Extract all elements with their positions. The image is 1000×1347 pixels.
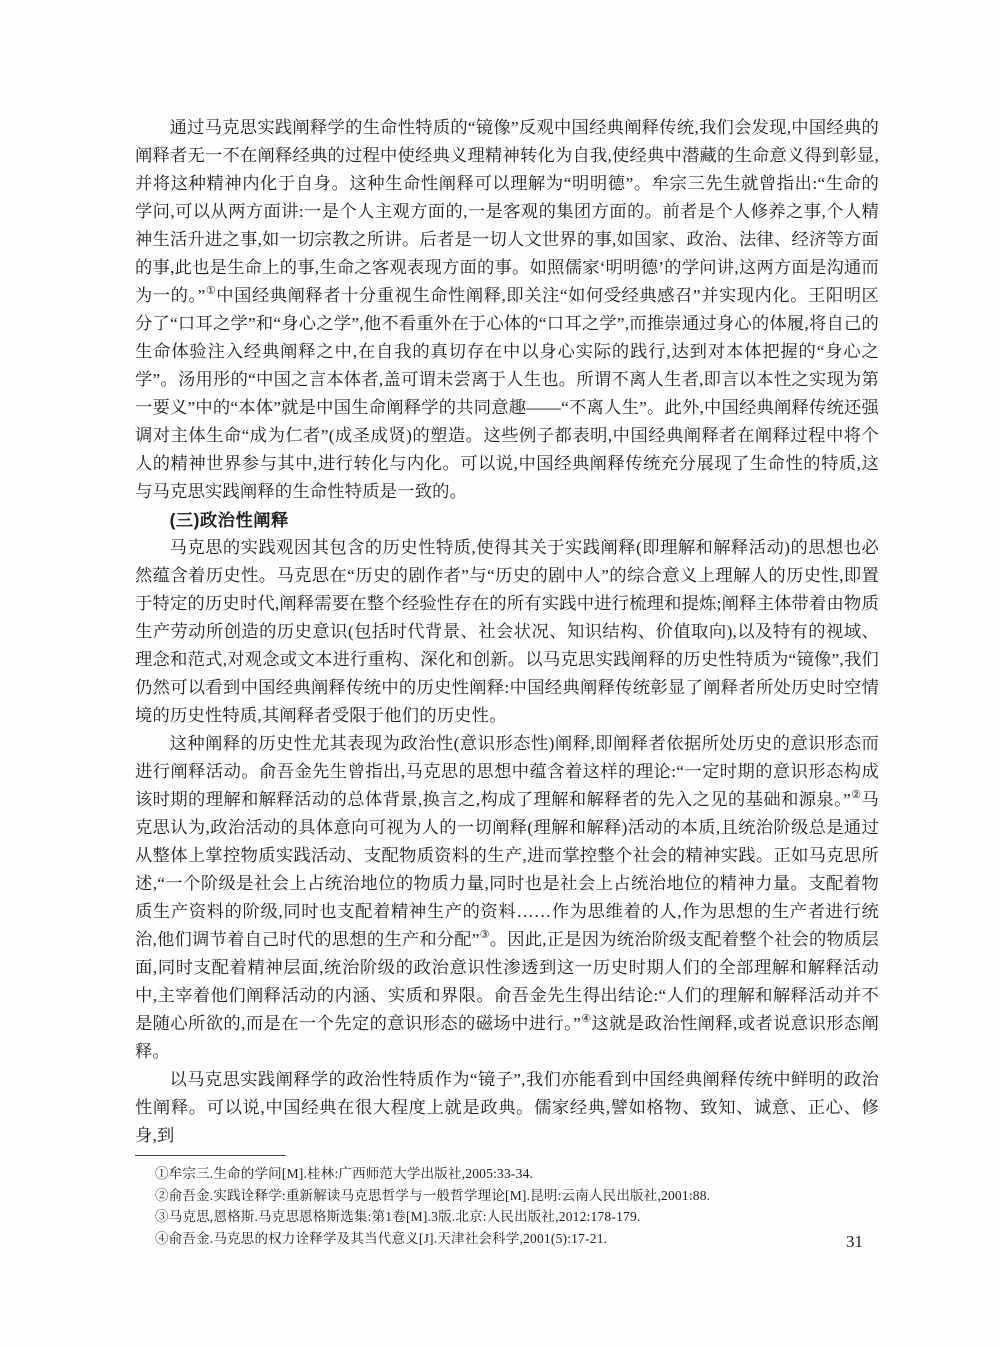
- page-number: 31: [846, 1232, 863, 1252]
- paragraph-ideological-interpretation: 这种阐释的历史性尤其表现为政治性(意识形态性)阐释,即阐释者依据所处历史的意识形…: [135, 730, 879, 1066]
- paragraph-life-interpretation: 通过马克思实践阐释学的生命性特质的“镜像”反观中国经典阐释传统,我们会发现,中国…: [135, 114, 879, 506]
- footnotes-block: ①牟宗三.生命的学问[M].桂林:广西师范大学出版社,2005:33-34. ②…: [135, 1163, 879, 1249]
- article-text-block: 通过马克思实践阐释学的生命性特质的“镜像”反观中国经典阐释传统,我们会发现,中国…: [135, 114, 879, 1249]
- footnote-4: ④俞吾金.马克思的权力诠释学及其当代意义[J].天津社会科学,2001(5):1…: [155, 1228, 879, 1250]
- footnote-separator-rule: [135, 1155, 286, 1156]
- footnote-1: ①牟宗三.生命的学问[M].桂林:广西师范大学出版社,2005:33-34.: [155, 1163, 879, 1185]
- paper-page: 通过马克思实践阐释学的生命性特质的“镜像”反观中国经典阐释传统,我们会发现,中国…: [0, 0, 1000, 1347]
- paragraph-historical-quality: 马克思的实践观因其包含的历史性特质,使得其关于实践阐释(即理解和解释活动)的思想…: [135, 534, 879, 730]
- footnote-3: ③马克思,恩格斯.马克思恩格斯选集:第1卷[M].3版.北京:人民出版社,201…: [155, 1206, 879, 1228]
- footnote-2: ②俞吾金.实践诠释学:重新解读马克思哲学与一般哲学理论[M].昆明:云南人民出版…: [155, 1185, 879, 1207]
- section-heading-political-interpretation: (三)政治性阐释: [135, 506, 879, 534]
- paragraph-political-mirror: 以马克思实践阐释学的政治性特质作为“镜子”,我们亦能看到中国经典阐释传统中鲜明的…: [135, 1066, 879, 1150]
